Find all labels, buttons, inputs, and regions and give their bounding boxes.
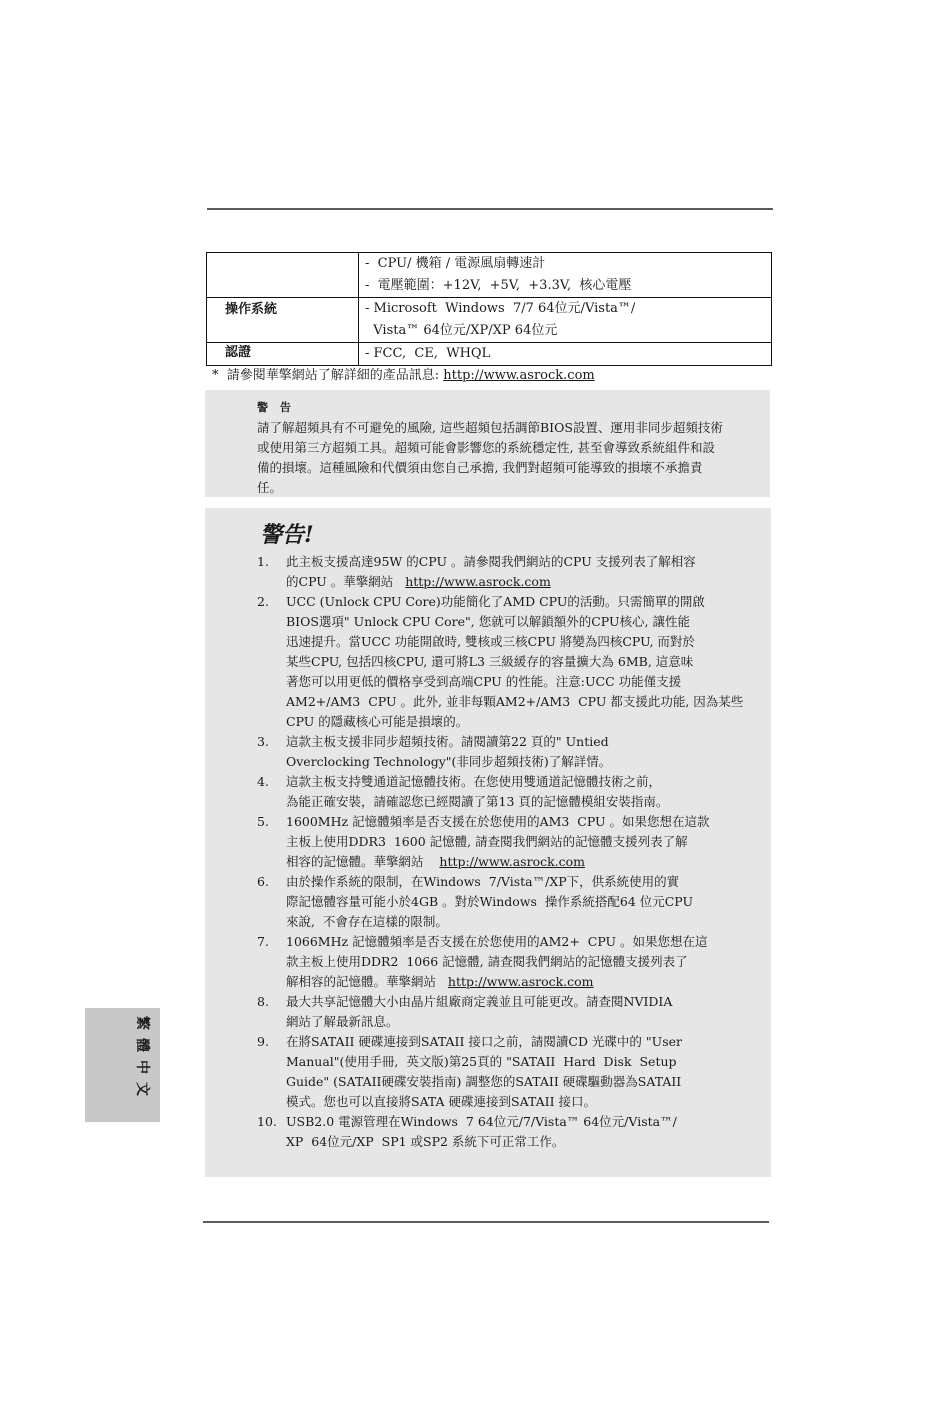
- warning-item-line: USB2.0 電源管理在Windows 7 64位元/7/Vista™ 64位元…: [286, 1112, 745, 1132]
- warning-item-number: 9.: [257, 1032, 269, 1052]
- warning-item-line: 此主板支援高達95W 的CPU 。請參閱我們網站的CPU 支援列表了解相容: [286, 552, 745, 572]
- warning-item-line: 的CPU 。華擎網站 http://www.asrock.com: [286, 572, 745, 592]
- spec-value: - Microsoft Windows 7/7 64位元/Vista™/ Vis…: [359, 298, 772, 343]
- spec-line: - FCC, CE, WHQL: [365, 343, 771, 365]
- warning-item-line: 1066MHz 記憶體頻率是否支援在於您使用的AM2+ CPU 。如果您想在這: [286, 932, 745, 952]
- warning-item-line: XP 64位元/XP SP1 或SP2 系統下可正常工作。: [286, 1132, 745, 1152]
- warning-item-line: 最大共享記憶體大小由晶片組廠商定義並且可能更改。請查閱NVIDIA: [286, 992, 745, 1012]
- warning-item-line: 某些CPU, 包括四核CPU, 還可將L3 三級緩存的容量擴大為 6MB, 這意…: [286, 652, 745, 672]
- language-tab-label: 繁體中文: [133, 1016, 153, 1104]
- warning-item-line: 著您可以用更低的價格享受到高端CPU 的性能。注意:UCC 功能僅支援: [286, 672, 745, 692]
- warning-item: 7.1066MHz 記憶體頻率是否支援在於您使用的AM2+ CPU 。如果您想在…: [205, 932, 745, 992]
- footnote-link[interactable]: http://www.asrock.com: [443, 368, 594, 383]
- spec-row-certification: 認證 - FCC, CE, WHQL: [207, 343, 772, 366]
- footnote-text: * 請參閱華擎網站了解詳細的產品訊息:: [212, 368, 443, 383]
- warning-item-line: 來說, 不會存在這樣的限制。: [286, 912, 745, 932]
- warning-list: 1.此主板支援高達95W 的CPU 。請參閱我們網站的CPU 支援列表了解相容的…: [205, 552, 745, 1152]
- warning-item-line: 這款主板支援非同步超頻技術。請閱讀第22 頁的" Untied: [286, 732, 745, 752]
- warning-item-number: 3.: [257, 732, 269, 752]
- spec-line: Vista™ 64位元/XP/XP 64位元: [365, 320, 771, 342]
- warning-item-number: 7.: [257, 932, 269, 952]
- spec-line: - CPU/ 機箱 / 電源風扇轉速計: [365, 253, 771, 275]
- warning-title: 警告!: [260, 518, 314, 549]
- warning-item-line: CPU 的隱藏核心可能是損壞的。: [286, 712, 745, 732]
- warning-item-line: Manual"(使用手冊, 英文版)第25頁的 "SATAII Hard Dis…: [286, 1052, 745, 1072]
- footer-rule: [203, 1221, 769, 1223]
- caution-paragraph: 請了解超頻具有不可避免的風險, 這些超頻包括調節BIOS設置、運用非同步超頻技術…: [257, 418, 727, 498]
- warning-item-line: 解相容的記憶體。華擎網站 http://www.asrock.com: [286, 972, 745, 992]
- caution-title: 警 告: [257, 399, 295, 415]
- warning-box: 警告! 1.此主板支援高達95W 的CPU 。請參閱我們網站的CPU 支援列表了…: [205, 508, 771, 1177]
- warning-item-line: 模式。您也可以直接將SATA 硬碟連接到SATAII 接口。: [286, 1092, 745, 1112]
- warning-item: 4.這款主板支持雙通道記憶體技術。在您使用雙通道記憶體技術之前，為能正確安裝，請…: [205, 772, 745, 812]
- spec-line: - 電壓範圍：+12V, +5V, +3.3V, 核心電壓: [365, 275, 771, 297]
- asrock-link[interactable]: http://www.asrock.com: [448, 974, 594, 989]
- footnote: * 請參閱華擎網站了解詳細的產品訊息: http://www.asrock.co…: [212, 366, 595, 386]
- spec-line: - Microsoft Windows 7/7 64位元/Vista™/: [365, 298, 771, 320]
- warning-item-number: 1.: [257, 552, 269, 572]
- spec-row-os: 操作系統 - Microsoft Windows 7/7 64位元/Vista™…: [207, 298, 772, 343]
- warning-item-line: UCC (Unlock CPU Core)功能簡化了AMD CPU的活動。只需簡…: [286, 592, 745, 612]
- warning-item-number: 2.: [257, 592, 269, 612]
- warning-item: 9.在將SATAII 硬碟連接到SATAII 接口之前，請閱讀CD 光碟中的 "…: [205, 1032, 745, 1112]
- asrock-link[interactable]: http://www.asrock.com: [405, 574, 551, 589]
- warning-item: 1.此主板支援高達95W 的CPU 。請參閱我們網站的CPU 支援列表了解相容的…: [205, 552, 745, 592]
- warning-item-line: 為能正確安裝，請確認您已經閱讀了第13 頁的記憶體模組安裝指南。: [286, 792, 745, 812]
- spec-value: - FCC, CE, WHQL: [359, 343, 772, 366]
- warning-item-number: 5.: [257, 812, 269, 832]
- warning-item-line: Overclocking Technology"(非同步超頻技術)了解詳情。: [286, 752, 745, 772]
- spec-label: 認證: [207, 343, 359, 366]
- warning-item-line: 網站了解最新訊息。: [286, 1012, 745, 1032]
- spec-label: [207, 253, 359, 298]
- warning-item: 2.UCC (Unlock CPU Core)功能簡化了AMD CPU的活動。只…: [205, 592, 745, 732]
- warning-item-line: 由於操作系統的限制，在Windows 7/Vista™/XP下，供系統使用的實: [286, 872, 745, 892]
- warning-item-line: 相容的記憶體。華擎網站 http://www.asrock.com: [286, 852, 745, 872]
- warning-item-line: 在將SATAII 硬碟連接到SATAII 接口之前，請閱讀CD 光碟中的 "Us…: [286, 1032, 745, 1052]
- spec-value: - CPU/ 機箱 / 電源風扇轉速計 - 電壓範圍：+12V, +5V, +3…: [359, 253, 772, 298]
- warning-item: 10.USB2.0 電源管理在Windows 7 64位元/7/Vista™ 6…: [205, 1112, 745, 1152]
- spec-label: 操作系統: [207, 298, 359, 343]
- warning-item-line: AM2+/AM3 CPU 。此外, 並非每顆AM2+/AM3 CPU 都支援此功…: [286, 692, 745, 712]
- warning-item-number: 6.: [257, 872, 269, 892]
- warning-item: 3.這款主板支援非同步超頻技術。請閱讀第22 頁的" UntiedOverclo…: [205, 732, 745, 772]
- language-tab: 繁體中文: [85, 1008, 160, 1122]
- warning-item-line: 款主板上使用DDR2 1066 記憶體, 請查閱我們網站的記憶體支援列表了: [286, 952, 745, 972]
- warning-item-line: Guide" (SATAII硬碟安裝指南) 調整您的SATAII 硬碟驅動器為S…: [286, 1072, 745, 1092]
- header-rule: [207, 208, 773, 210]
- warning-item-line: 主板上使用DDR3 1600 記憶體, 請查閱我們網站的記憶體支援列表了解: [286, 832, 745, 852]
- warning-item: 6.由於操作系統的限制，在Windows 7/Vista™/XP下，供系統使用的…: [205, 872, 745, 932]
- asrock-link[interactable]: http://www.asrock.com: [439, 854, 585, 869]
- warning-item-line: 際記憶體容量可能小於4GB 。對於Windows 操作系統搭配64 位元CPU: [286, 892, 745, 912]
- warning-item-line: 這款主板支持雙通道記憶體技術。在您使用雙通道記憶體技術之前，: [286, 772, 745, 792]
- warning-item-line: 迅速提升。當UCC 功能開啟時, 雙核或三核CPU 將變為四核CPU, 而對於: [286, 632, 745, 652]
- warning-item-line: 1600MHz 記憶體頻率是否支援在於您使用的AM3 CPU 。如果您想在這款: [286, 812, 745, 832]
- warning-item-number: 4.: [257, 772, 269, 792]
- warning-item-line: BIOS選項" Unlock CPU Core", 您就可以解鎖額外的CPU核心…: [286, 612, 745, 632]
- warning-item-number: 10.: [257, 1112, 277, 1132]
- warning-item-number: 8.: [257, 992, 269, 1012]
- warning-item: 8.最大共享記憶體大小由晶片組廠商定義並且可能更改。請查閱NVIDIA網站了解最…: [205, 992, 745, 1032]
- caution-box: 警 告 請了解超頻具有不可避免的風險, 這些超頻包括調節BIOS設置、運用非同步…: [205, 390, 770, 497]
- spec-table: - CPU/ 機箱 / 電源風扇轉速計 - 電壓範圍：+12V, +5V, +3…: [206, 252, 772, 366]
- warning-item: 5.1600MHz 記憶體頻率是否支援在於您使用的AM3 CPU 。如果您想在這…: [205, 812, 745, 872]
- spec-row-monitor: - CPU/ 機箱 / 電源風扇轉速計 - 電壓範圍：+12V, +5V, +3…: [207, 253, 772, 298]
